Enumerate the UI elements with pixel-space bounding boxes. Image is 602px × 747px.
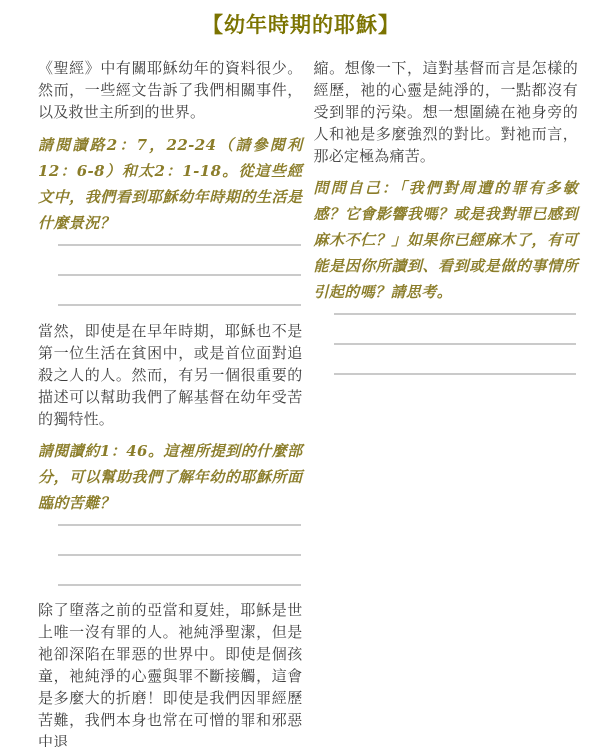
reading-prompt-1: 請閱讀路2：7，22-24（請參閱利12：6-8）和太2：1-18。從這些經文中… [38, 132, 303, 236]
answer-line [58, 236, 301, 246]
answer-line [334, 305, 577, 315]
answer-line [58, 246, 301, 276]
answer-lines-group-3 [334, 305, 577, 375]
answer-line [334, 345, 577, 375]
body-paragraph-intro: 《聖經》中有關耶穌幼年的資料很少。然而，一些經文告訴了我們相關事件，以及救世主所… [38, 57, 303, 123]
answer-lines-group-2 [58, 516, 301, 586]
right-column: 縮。想像一下，這對基督而言是怎樣的經歷，祂的心靈是純淨的，一點都沒有受到罪的污染… [314, 57, 579, 747]
left-column: 《聖經》中有關耶穌幼年的資料很少。然而，一些經文告訴了我們相關事件，以及救世主所… [38, 57, 303, 747]
body-paragraph-3: 除了墮落之前的亞當和夏娃，耶穌是世上唯一沒有罪的人。祂純淨聖潔，但是祂卻深陷在罪… [38, 599, 303, 747]
page-title: 【幼年時期的耶穌】 [0, 0, 602, 39]
answer-line [58, 276, 301, 306]
reflection-prompt: 問問自己：「我們對周遭的罪有多敏感？它會影響我嗎？或是我對罪已感到麻木不仁？」如… [314, 175, 579, 305]
body-paragraph-2: 當然，即使是在早年時期，耶穌也不是第一位生活在貧困中，或是首位面對追殺之人的人。… [38, 320, 303, 430]
answer-lines-group-1 [58, 236, 301, 306]
answer-line [58, 526, 301, 556]
body-paragraph-continuation: 縮。想像一下，這對基督而言是怎樣的經歷，祂的心靈是純淨的，一點都沒有受到罪的污染… [314, 57, 579, 167]
reading-prompt-2: 請閱讀約1：46。這裡所提到的什麼部分，可以幫助我們了解年幼的耶穌所面臨的苦難？ [38, 438, 303, 516]
answer-line [58, 516, 301, 526]
answer-line [58, 556, 301, 586]
answer-line [334, 315, 577, 345]
two-column-layout: 《聖經》中有關耶穌幼年的資料很少。然而，一些經文告訴了我們相關事件，以及救世主所… [0, 39, 602, 747]
